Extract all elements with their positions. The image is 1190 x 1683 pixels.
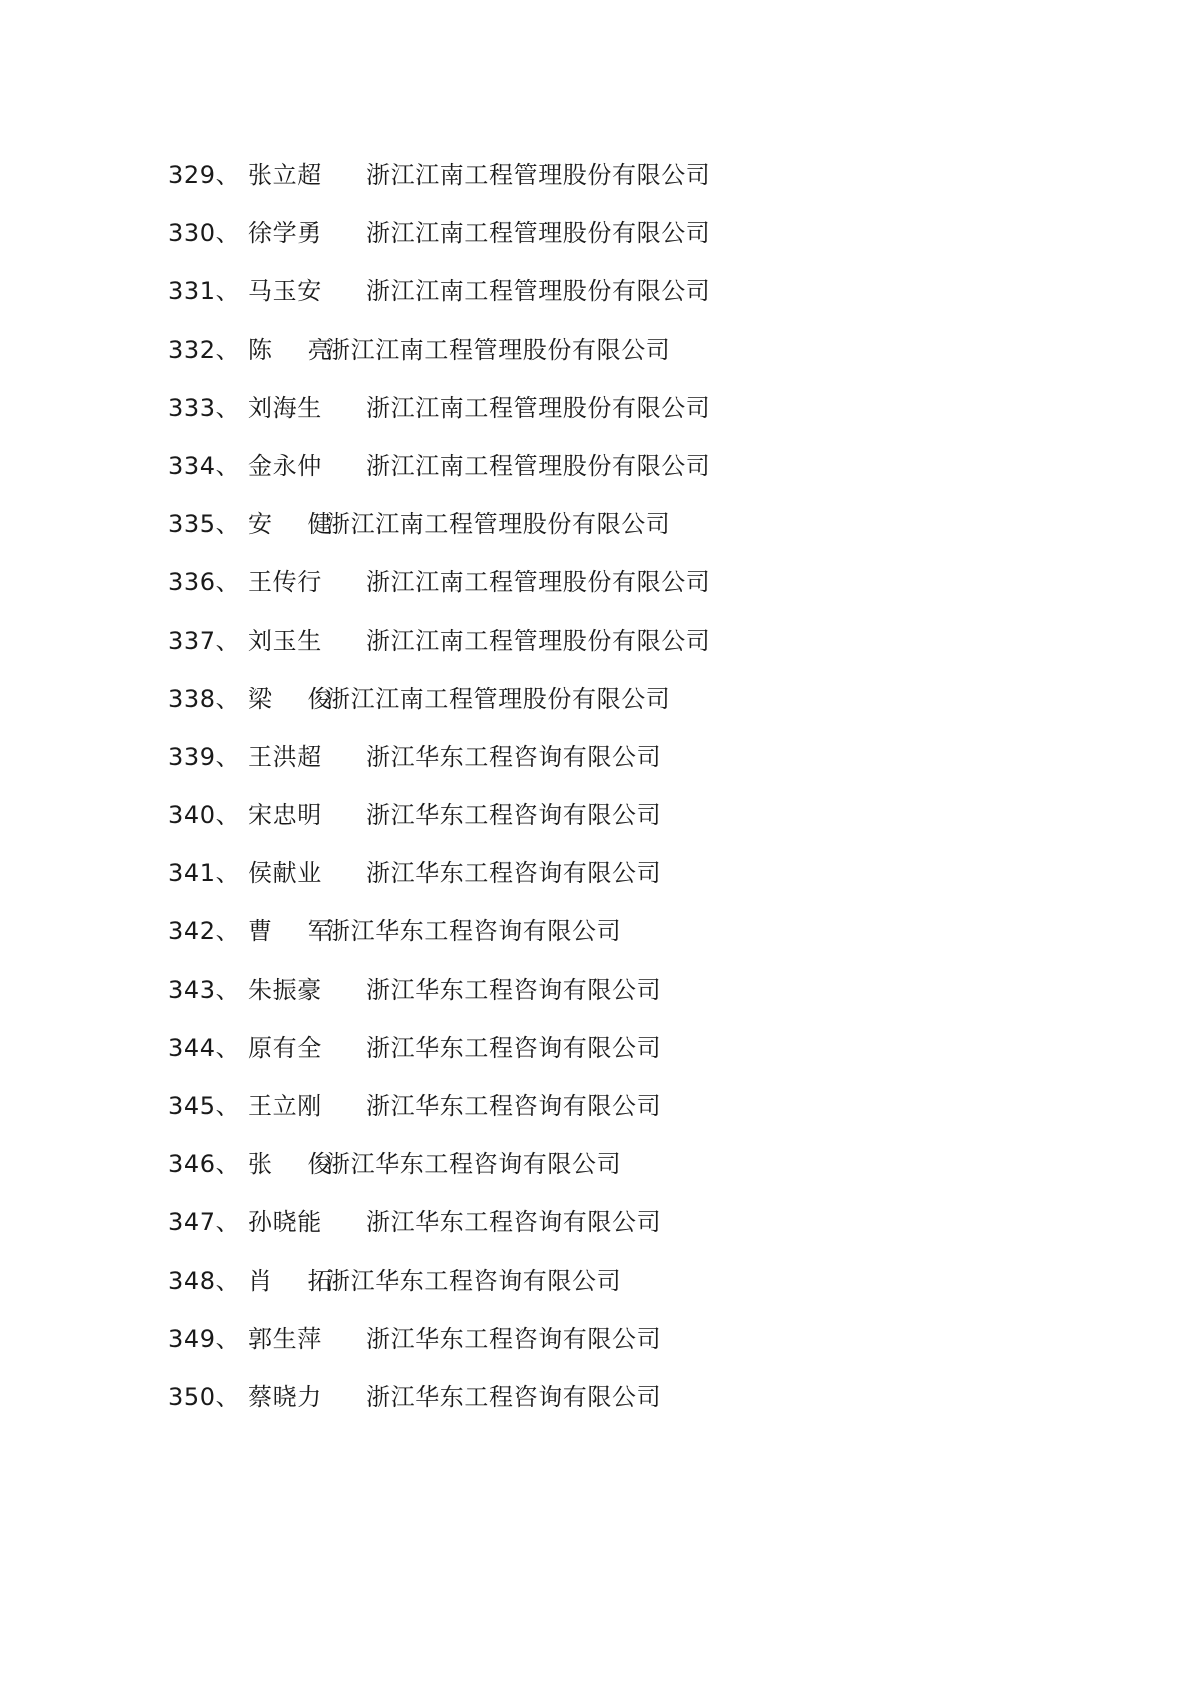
- entry-number: 341、: [168, 853, 240, 893]
- entry-number: 340、: [168, 795, 240, 835]
- entry-company: 浙江江南工程管理股份有限公司: [326, 330, 670, 370]
- entry-company: 浙江华东工程咨询有限公司: [326, 1261, 621, 1301]
- entry-name: 王立刚: [248, 1086, 322, 1126]
- entry-name: 原有全: [248, 1028, 322, 1068]
- entry-number: 343、: [168, 970, 240, 1010]
- entry-name: 徐学勇: [248, 213, 322, 253]
- entry-name: 刘玉生: [248, 621, 322, 661]
- entry-company: 浙江江南工程管理股份有限公司: [366, 562, 710, 602]
- entry-number: 342、: [168, 911, 240, 951]
- entry-number: 333、: [168, 388, 240, 428]
- entry-company: 浙江江南工程管理股份有限公司: [366, 388, 710, 428]
- entry-number: 330、: [168, 213, 240, 253]
- entry-number: 347、: [168, 1202, 240, 1242]
- entry-number: 339、: [168, 737, 240, 777]
- entry-number: 349、: [168, 1319, 240, 1359]
- entry-company: 浙江华东工程咨询有限公司: [366, 1319, 661, 1359]
- entry-company: 浙江华东工程咨询有限公司: [366, 1028, 661, 1068]
- entry-company: 浙江江南工程管理股份有限公司: [366, 213, 710, 253]
- entry-company: 浙江华东工程咨询有限公司: [366, 737, 661, 777]
- entry-name: 马玉安: [248, 271, 322, 311]
- entry-number: 334、: [168, 446, 240, 486]
- entry-name: 王洪超: [248, 737, 322, 777]
- entry-name: 金永仲: [248, 446, 322, 486]
- entry-company: 浙江江南工程管理股份有限公司: [326, 679, 670, 719]
- entry-name: 侯献业: [248, 853, 322, 893]
- entry-name: 朱振豪: [248, 970, 322, 1010]
- entry-company: 浙江江南工程管理股份有限公司: [366, 155, 710, 195]
- entry-number: 350、: [168, 1377, 240, 1417]
- entry-company: 浙江华东工程咨询有限公司: [366, 1377, 661, 1417]
- entry-number: 332、: [168, 330, 240, 370]
- entry-number: 336、: [168, 562, 240, 602]
- entry-name: 张立超: [248, 155, 322, 195]
- entry-company: 浙江江南工程管理股份有限公司: [326, 504, 670, 544]
- entry-number: 346、: [168, 1144, 240, 1184]
- entry-company: 浙江华东工程咨询有限公司: [366, 1202, 661, 1242]
- entry-name: 刘海生: [248, 388, 322, 428]
- entry-company: 浙江江南工程管理股份有限公司: [366, 446, 710, 486]
- entry-number: 348、: [168, 1261, 240, 1301]
- entry-number: 335、: [168, 504, 240, 544]
- entry-name: 郭生萍: [248, 1319, 322, 1359]
- document-page: 329、 张立超 浙江江南工程管理股份有限公司 330、 徐学勇 浙江江南工程管…: [0, 0, 1190, 1683]
- entry-company: 浙江华东工程咨询有限公司: [366, 853, 661, 893]
- entry-number: 329、: [168, 155, 240, 195]
- entry-name: 孙晓能: [248, 1202, 322, 1242]
- entry-number: 345、: [168, 1086, 240, 1126]
- entry-company: 浙江华东工程咨询有限公司: [366, 1086, 661, 1126]
- entry-number: 338、: [168, 679, 240, 719]
- entry-company: 浙江华东工程咨询有限公司: [326, 1144, 621, 1184]
- entry-name: 王传行: [248, 562, 322, 602]
- entry-name: 宋忠明: [248, 795, 322, 835]
- entry-company: 浙江华东工程咨询有限公司: [366, 970, 661, 1010]
- entry-company: 浙江江南工程管理股份有限公司: [366, 271, 710, 311]
- entry-number: 331、: [168, 271, 240, 311]
- entry-number: 344、: [168, 1028, 240, 1068]
- entry-company: 浙江华东工程咨询有限公司: [326, 911, 621, 951]
- entry-name: 蔡晓力: [248, 1377, 322, 1417]
- entry-number: 337、: [168, 621, 240, 661]
- entry-company: 浙江华东工程咨询有限公司: [366, 795, 661, 835]
- entry-company: 浙江江南工程管理股份有限公司: [366, 621, 710, 661]
